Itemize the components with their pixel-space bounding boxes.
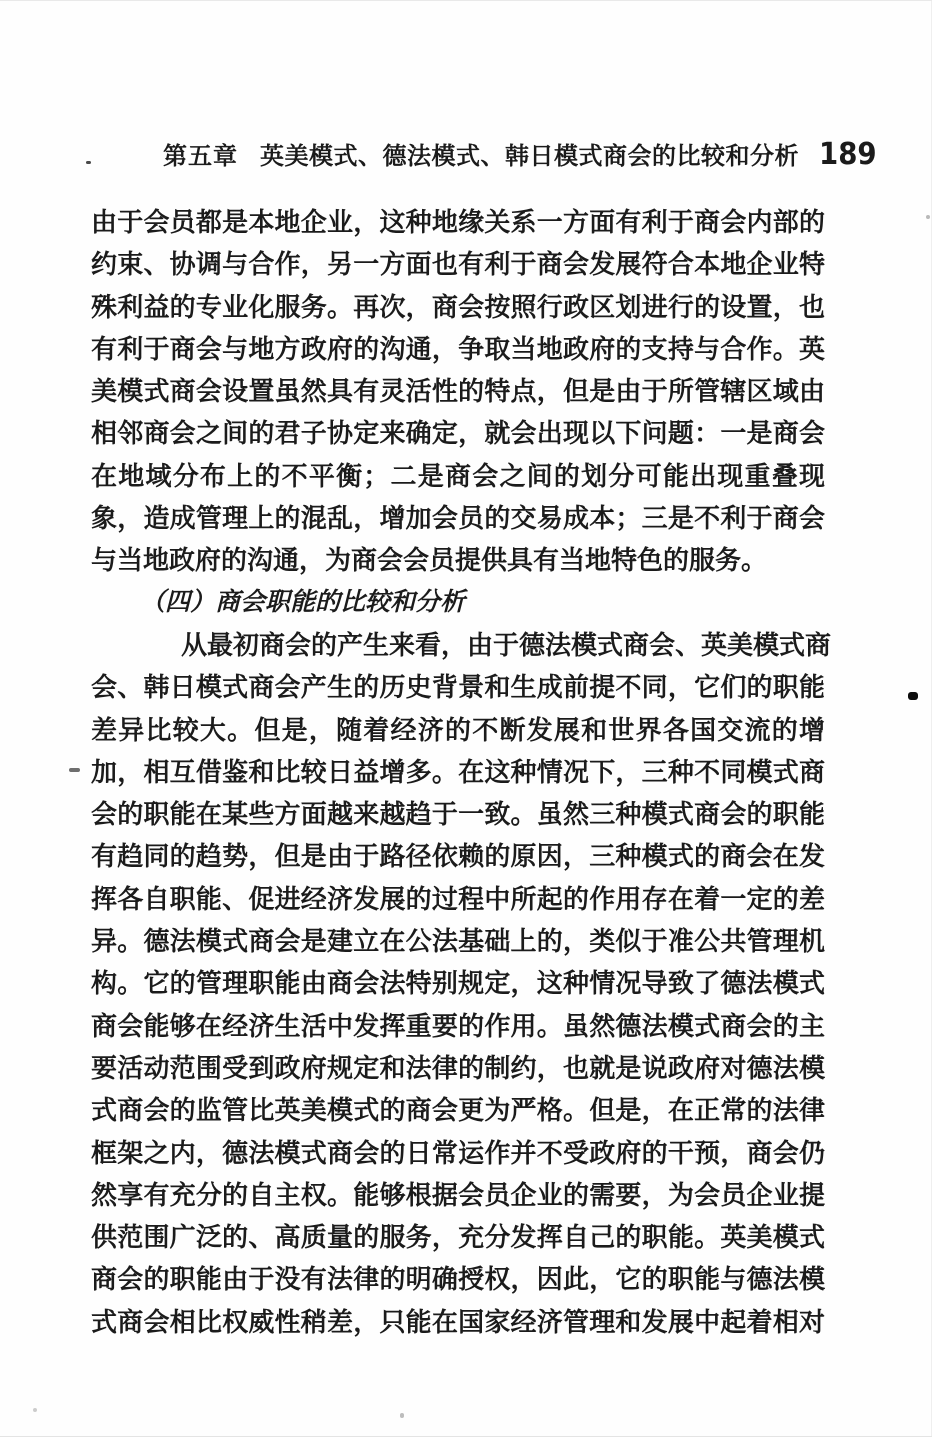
text-line: 构。它的管理职能由商会法特别规定，这种情况导致了德法模式 [91,962,825,1004]
chapter-label: 第五章 [163,136,238,171]
text-line: 框架之内，德法模式商会的日常运作并不受政府的干预，商会仍 [91,1132,825,1174]
text-line: 异。德法模式商会是建立在公法基础上的，类似于准公共管理机 [91,920,825,962]
running-header: 第五章 英美模式、德法模式、韩日模式商会的比较和分析 189 [163,136,882,172]
text-line: 加，相互借鉴和比较日益增多。在这种情况下，三种不同模式商 [91,751,825,793]
scan-speck [400,1413,404,1418]
text-line: 在地域分布上的不平衡；二是商会之间的划分可能出现重叠现 [91,455,825,497]
text-line: 式商会相比权威性稍差，只能在国家经济管理和发展中起着相对 [91,1301,825,1343]
text-line: 约束、协调与合作，另一方面也有利于商会发展符合本地企业特 [91,243,825,285]
text-line: 商会能够在经济生活中发挥重要的作用。虽然德法模式商会的主 [91,1005,825,1047]
text-line: 殊利益的专业化服务。再次，商会按照行政区划进行的设置，也 [91,286,825,328]
page-number: 189 [819,137,877,172]
text-line: 差异比较大。但是，随着经济的不断发展和世界各国交流的增 [91,709,825,751]
text-line: 有利于商会与地方政府的沟通，争取当地政府的支持与合作。英 [91,328,825,370]
text-line: 美模式商会设置虽然具有灵活性的特点，但是由于所管辖区域由 [91,370,825,412]
scan-speck [86,161,91,164]
text-line: 相邻商会之间的君子协定来确定，就会出现以下问题：一是商会 [91,412,825,454]
text-line: 从最初商会的产生来看，由于德法模式商会、英美模式商 [91,624,825,666]
text-line: 会的职能在某些方面越来越趋于一致。虽然三种模式商会的职能 [91,793,825,835]
scan-speck [33,1408,37,1412]
text-line: 然享有充分的自主权。能够根据会员企业的需要，为会员企业提 [91,1174,825,1216]
text-line: 供范围广泛的、高质量的服务，充分发挥自己的职能。英美模式 [91,1216,825,1258]
text-line: 式商会的监管比英美模式的商会更为严格。但是，在正常的法律 [91,1089,825,1131]
scan-speck [908,692,918,700]
text-line: 由于会员都是本地企业，这种地缘关系一方面有利于商会内部的 [91,201,825,243]
scan-speck [69,768,80,772]
text-line: 挥各自职能、促进经济发展的过程中所起的作用存在着一定的差 [91,878,825,920]
text-line: 会、韩日模式商会产生的历史背景和生成前提不同，它们的职能 [91,666,825,708]
text-line: 商会的职能由于没有法律的明确授权，因此，它的职能与德法模 [91,1258,825,1300]
subsection-heading: （四）商会职能的比较和分析 [91,582,825,624]
text-line: 有趋同的趋势，但是由于路径依赖的原因，三种模式的商会在发 [91,835,825,877]
book-page: 第五章 英美模式、德法模式、韩日模式商会的比较和分析 189 由于会员都是本地企… [0,0,932,1437]
scan-speck [926,215,930,219]
text-line: 与当地政府的沟通，为商会会员提供具有当地特色的服务。 [91,539,825,581]
body-text: 由于会员都是本地企业，这种地缘关系一方面有利于商会内部的约束、协调与合作，另一方… [91,201,825,1343]
text-line: 象，造成管理上的混乱，增加会员的交易成本；三是不利于商会 [91,497,825,539]
text-line: 要活动范围受到政府规定和法律的制约，也就是说政府对德法模 [91,1047,825,1089]
chapter-title: 英美模式、德法模式、韩日模式商会的比较和分析 [260,136,799,171]
